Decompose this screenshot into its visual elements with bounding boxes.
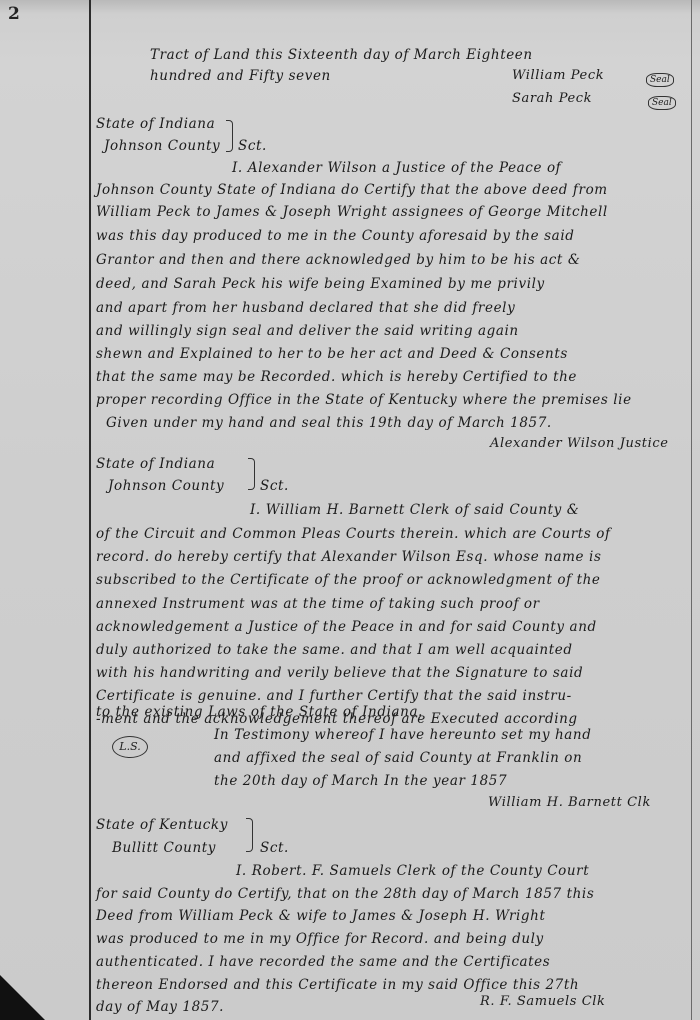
grantor-signature: William Peck <box>512 68 604 83</box>
certificate-line: deed, and Sarah Peck his wife being Exam… <box>96 276 545 292</box>
certificate-line: proper recording Office in the State of … <box>96 392 632 408</box>
certificate-line: William Peck to James & Joseph Wright as… <box>96 204 608 220</box>
certificate-line: of the Circuit and Common Pleas Courts t… <box>96 526 611 542</box>
testimony-line: In Testimony whereof I have hereunto set… <box>214 727 591 743</box>
certificate-line: annexed Instrument was at the time of ta… <box>96 596 540 612</box>
certificate-line: Grantor and then and there acknowledged … <box>96 252 580 268</box>
seal-icon: Seal <box>646 73 674 87</box>
certificate-line: with his handwriting and verily believe … <box>96 665 583 681</box>
certificate-line: duly authorized to take the same. and th… <box>96 642 573 658</box>
venue-county: Johnson County <box>108 478 224 494</box>
venue-state: State of Indiana <box>96 116 215 132</box>
certificate-line: Deed from William Peck & wife to James &… <box>96 908 545 924</box>
seal-icon: Seal <box>648 96 676 110</box>
deed-record-page: 2 Tract of Land this Sixteenth day of Ma… <box>0 0 700 1020</box>
testimony-line: the 20th day of March In the year 1857 <box>214 773 507 789</box>
certificate-line: thereon Endorsed and this Certificate in… <box>96 977 579 993</box>
venue-sct: Sct. <box>260 840 289 856</box>
brace-icon <box>248 458 255 490</box>
grantor-signature: Sarah Peck <box>512 91 592 106</box>
header-line: Tract of Land this Sixteenth day of Marc… <box>150 47 533 63</box>
venue-county: Johnson County <box>104 138 220 154</box>
certificate-line: I. William H. Barnett Clerk of said Coun… <box>250 502 579 518</box>
certificate-line: I. Alexander Wilson a Justice of the Pea… <box>232 160 561 176</box>
certificate-line: was this day produced to me in the Count… <box>96 228 575 244</box>
venue-county: Bullitt County <box>112 840 216 856</box>
certificate-line: day of May 1857. <box>96 999 224 1015</box>
county-clerk-signature: R. F. Samuels Clk <box>480 994 606 1009</box>
certificate-line: Given under my hand and seal this 19th d… <box>106 415 552 431</box>
certificate-line: to the existing Laws of the State of Ind… <box>96 704 423 720</box>
brace-icon <box>246 818 253 852</box>
certificate-line: was produced to me in my Office for Reco… <box>96 931 544 947</box>
certificate-line: record. do hereby certify that Alexander… <box>96 549 601 565</box>
county-seal-icon: L.S. <box>112 736 148 758</box>
certificate-line: for said County do Certify, that on the … <box>96 886 594 902</box>
certificate-line: Certificate is genuine. and I further Ce… <box>96 688 572 704</box>
certificate-line: acknowledgement a Justice of the Peace i… <box>96 619 597 635</box>
right-margin-rule <box>691 0 692 1020</box>
venue-state: State of Indiana <box>96 456 215 472</box>
left-margin-rule <box>89 0 91 1020</box>
venue-state: State of Kentucky <box>96 817 228 833</box>
venue-sct: Sct. <box>238 138 267 154</box>
header-line: hundred and Fifty seven <box>150 68 331 84</box>
certificate-line: I. Robert. F. Samuels Clerk of the Count… <box>236 863 589 879</box>
brace-icon <box>226 120 233 152</box>
testimony-line: and affixed the seal of said County at F… <box>214 750 582 766</box>
certificate-line: Johnson County State of Indiana do Certi… <box>96 182 608 198</box>
scan-corner-shadow <box>0 975 45 1020</box>
certificate-line: and apart from her husband declared that… <box>96 300 515 316</box>
certificate-line: subscribed to the Certificate of the pro… <box>96 572 601 588</box>
venue-sct: Sct. <box>260 478 289 494</box>
certificate-line: that the same may be Recorded. which is … <box>96 369 577 385</box>
page-number: 2 <box>8 4 20 24</box>
justice-signature: Alexander Wilson Justice <box>490 436 669 451</box>
certificate-line: authenticated. I have recorded the same … <box>96 954 550 970</box>
certificate-line: and willingly sign seal and deliver the … <box>96 323 519 339</box>
clerk-signature: William H. Barnett Clk <box>488 795 651 810</box>
certificate-line: shewn and Explained to her to be her act… <box>96 346 568 362</box>
